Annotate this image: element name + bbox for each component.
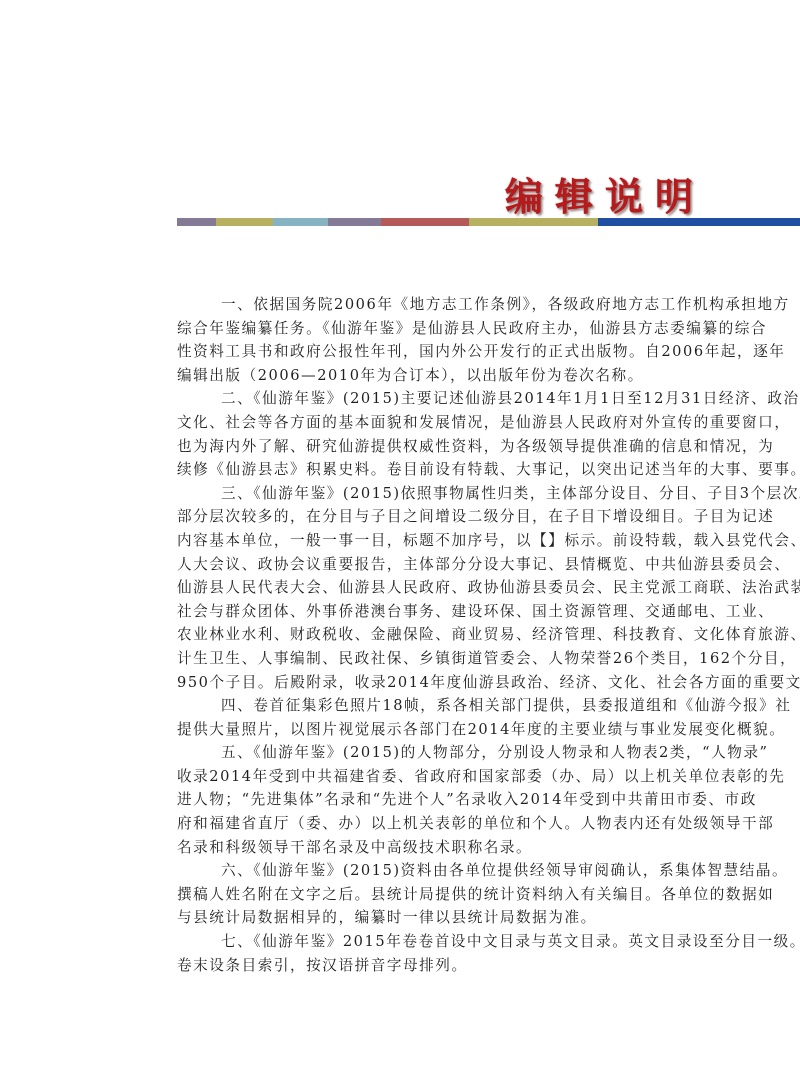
text-line: 计生卫生、人事编制、民政社保、乡镇街道管委会、人物荣誉26个类目，162个分目，	[177, 647, 707, 671]
color-bar-segment	[216, 218, 273, 226]
text-line: 一、依据国务院2006年《地方志工作条例》，各级政府地方志工作机构承担地方	[177, 293, 707, 317]
text-line: 卷末设条目索引，按汉语拼音字母排列。	[177, 954, 707, 978]
paragraph-5: 五、《仙游年鉴》(2015)的人物部分，分别设人物录和人物表2类，“人物录” 收…	[177, 741, 707, 859]
page-title: 编辑说明	[505, 166, 705, 221]
text-line: 名录和科级领导干部名录及中高级技术职称名录。	[177, 836, 707, 860]
text-line: 部分层次较多的，在分目与子目之间增设二级分目，在子目下增设细目。子目为记述	[177, 505, 707, 529]
text-line: 农业林业水利、财政税收、金融保险、商业贸易、经济管理、科技教育、文化体育旅游、	[177, 623, 707, 647]
paragraph-1: 一、依据国务院2006年《地方志工作条例》，各级政府地方志工作机构承担地方 综合…	[177, 293, 707, 387]
text-line: 社会与群众团体、外事侨港澳台事务、建设环保、国土资源管理、交通邮电、工业、	[177, 600, 707, 624]
text-line: 仙游县人民代表大会、仙游县人民政府、政协仙游县委员会、民主党派工商联、法治武装、	[177, 576, 707, 600]
text-line: 五、《仙游年鉴》(2015)的人物部分，分别设人物录和人物表2类，“人物录”	[177, 741, 707, 765]
text-line: 与县统计局数据相异的，编纂时一律以县统计局数据为准。	[177, 906, 707, 930]
paragraph-7: 七、《仙游年鉴》2015年卷卷首设中文目录与英文目录。英文目录设至分目一级。 卷…	[177, 930, 707, 977]
text-line: 综合年鉴编纂任务。《仙游年鉴》是仙游县人民政府主办，仙游县方志委编纂的综合	[177, 317, 707, 341]
color-bar-segment	[273, 218, 328, 226]
color-bar-segment	[469, 218, 598, 226]
text-line: 三、《仙游年鉴》(2015)依照事物属性归类，主体部分设目、分目、子目3个层次。	[177, 482, 707, 506]
paragraph-2: 二、《仙游年鉴》(2015)主要记述仙游县2014年1月1日至12月31日经济、…	[177, 387, 707, 481]
text-line: 编辑出版（2006—2010年为合订本），以出版年份为卷次名称。	[177, 364, 707, 388]
text-line: 性资料工具书和政府公报性年刊，国内外公开发行的正式出版物。自2006年起，逐年	[177, 340, 707, 364]
text-line: 950个子目。后殿附录，收录2014年度仙游县政治、经济、文化、社会各方面的重要…	[177, 671, 707, 695]
text-line: 六、《仙游年鉴》(2015)资料由各单位提供经领导审阅确认，系集体智慧结晶。	[177, 859, 707, 883]
text-line: 七、《仙游年鉴》2015年卷卷首设中文目录与英文目录。英文目录设至分目一级。	[177, 930, 707, 954]
paragraph-6: 六、《仙游年鉴》(2015)资料由各单位提供经领导审阅确认，系集体智慧结晶。 撰…	[177, 859, 707, 930]
text-line: 府和福建省直厅（委、办）以上机关表彰的单位和个人。人物表内还有处级领导干部	[177, 812, 707, 836]
text-line: 文化、社会等各方面的基本面貌和发展情况，是仙游县人民政府对外宣传的重要窗口，	[177, 411, 707, 435]
decorative-color-bar	[177, 218, 800, 226]
color-bar-segment	[381, 218, 469, 226]
text-line: 进人物；“先进集体”名录和“先进个人”名录收入2014年受到中共莆田市委、市政	[177, 788, 707, 812]
editorial-notes-body: 一、依据国务院2006年《地方志工作条例》，各级政府地方志工作机构承担地方 综合…	[177, 293, 707, 977]
color-bar-segment	[328, 218, 381, 226]
text-line: 撰稿人姓名附在文字之后。县统计局提供的统计资料纳入有关编目。各单位的数据如	[177, 883, 707, 907]
text-line: 人大会议、政协会议重要报告，主体部分分设大事记、县情概览、中共仙游县委员会、	[177, 553, 707, 577]
text-line: 四、卷首征集彩色照片18帧，系各相关部门提供，县委报道组和《仙游今报》社	[177, 694, 707, 718]
paragraph-3: 三、《仙游年鉴》(2015)依照事物属性归类，主体部分设目、分目、子目3个层次。…	[177, 482, 707, 694]
paragraph-4: 四、卷首征集彩色照片18帧，系各相关部门提供，县委报道组和《仙游今报》社 提供大…	[177, 694, 707, 741]
text-line: 二、《仙游年鉴》(2015)主要记述仙游县2014年1月1日至12月31日经济、…	[177, 387, 707, 411]
text-line: 也为海内外了解、研究仙游提供权威性资料，为各级领导提供准确的信息和情况，为	[177, 435, 707, 459]
text-line: 提供大量照片，以图片视觉展示各部门在2014年度的主要业绩与事业发展变化概貌。	[177, 718, 707, 742]
text-line: 内容基本单位，一般一事一目，标题不加序号，以【】标示。前设特载，载入县党代会、	[177, 529, 707, 553]
color-bar-segment	[177, 218, 216, 226]
text-line: 续修《仙游县志》积累史料。卷目前设有特载、大事记，以突出记述当年的大事、要事。	[177, 458, 707, 482]
text-line: 收录2014年受到中共福建省委、省政府和国家部委（办、局）以上机关单位表彰的先	[177, 765, 707, 789]
color-bar-segment	[598, 218, 800, 226]
